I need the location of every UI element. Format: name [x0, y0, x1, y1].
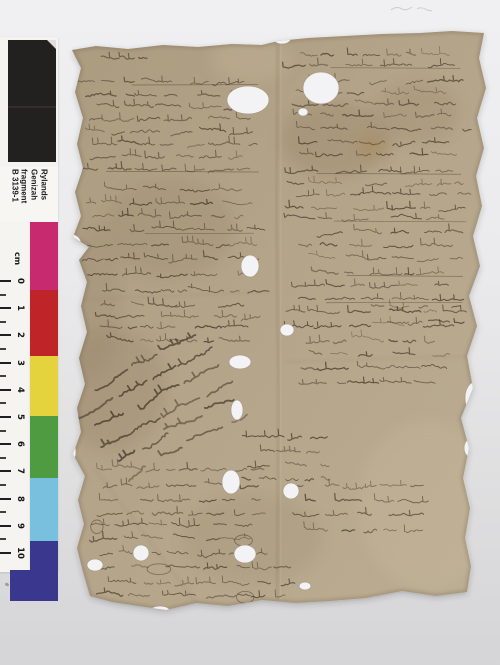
- color-patch-red: [30, 290, 58, 356]
- shelfmark-label: Rylands Genizah fragment B 3139-1: [0, 166, 58, 222]
- hole: [472, 291, 490, 319]
- stain: [358, 136, 386, 156]
- color-patch-magenta: [30, 222, 58, 290]
- ruler-number: 6: [13, 437, 25, 451]
- ruler-tick: [0, 334, 11, 336]
- ruler-half-tick: [0, 348, 6, 350]
- hole: [229, 355, 251, 369]
- fold-highlight: [280, 42, 281, 600]
- color-patches: [30, 222, 58, 570]
- hole: [150, 606, 170, 616]
- hole: [303, 72, 339, 104]
- ruler-half-tick: [0, 457, 6, 459]
- ruler-half-tick: [0, 402, 6, 404]
- ruler-number: 8: [13, 492, 25, 506]
- hole: [234, 545, 256, 563]
- ink-stroke: [351, 194, 359, 195]
- ruler-half-tick: [0, 511, 6, 513]
- patch-seam: [8, 106, 56, 108]
- ruler-half-tick: [0, 484, 6, 486]
- black-patch: [8, 40, 56, 162]
- ruler-tick: [0, 280, 11, 282]
- ruler-half-tick: [0, 294, 6, 296]
- shelfmark-line-2: Genizah: [29, 169, 39, 219]
- ruler-half-tick: [0, 321, 6, 323]
- stain: [376, 82, 460, 142]
- ruler-half-tick: [0, 375, 6, 377]
- hole: [59, 234, 81, 252]
- ruler-number: 4: [13, 383, 25, 397]
- ruler-number: 9: [13, 519, 25, 533]
- cm-ruler: cm 012345678910: [0, 222, 30, 572]
- hole: [472, 549, 486, 571]
- ruler-unit: cm: [13, 252, 22, 265]
- hole: [280, 324, 294, 336]
- hole: [231, 400, 243, 420]
- hole: [222, 470, 240, 494]
- hole: [133, 545, 149, 561]
- color-patch-blue-foot: [10, 570, 58, 601]
- pencil-annotation: [391, 7, 432, 11]
- hole: [299, 582, 311, 590]
- stain: [64, 227, 120, 377]
- ruler-tick: [0, 389, 11, 391]
- ruler-tick: [0, 525, 11, 527]
- stain: [358, 420, 498, 590]
- color-patch-yellow: [30, 356, 58, 416]
- color-patch-blue: [30, 541, 58, 570]
- color-patch-green: [30, 416, 58, 478]
- ruler-tick: [0, 416, 11, 418]
- ruler-number: 2: [13, 328, 25, 342]
- hole: [60, 440, 76, 464]
- ruler-half-tick: [0, 430, 6, 432]
- photo: Rylands Genizah fragment B 3139-1 cm 012…: [0, 0, 500, 665]
- ruler-number: 1: [13, 301, 25, 315]
- hole: [241, 255, 259, 277]
- shelfmark-line-1: Rylands: [39, 169, 49, 219]
- hole: [465, 382, 485, 414]
- ruler-tick: [0, 307, 11, 309]
- ruler-tick: [0, 498, 11, 500]
- grayscale-card: [0, 37, 58, 166]
- hole: [283, 483, 299, 499]
- color-patch-cyan: [30, 478, 58, 541]
- hole: [227, 86, 269, 114]
- ruler-number: 5: [13, 410, 25, 424]
- ruler-tick: [0, 443, 11, 445]
- ruler-half-tick: [0, 538, 6, 540]
- hole: [298, 108, 308, 116]
- shelfmark-line-3: fragment: [19, 169, 29, 219]
- shelfmark-line-4: B 3139-1: [10, 169, 20, 219]
- ruler-number: 3: [13, 356, 25, 370]
- ruler-tick: [0, 552, 11, 554]
- ruler-tick: [0, 470, 11, 472]
- shelfmark-text: Rylands Genizah fragment B 3139-1: [10, 169, 49, 219]
- ruler-number: 10: [13, 546, 25, 560]
- ruler-tick: [0, 362, 11, 364]
- ruler-number: 7: [13, 464, 25, 478]
- manuscript-fragment: [0, 0, 500, 665]
- glint-reflection: [47, 40, 56, 49]
- ruler-number: 0: [13, 274, 25, 288]
- hole: [464, 438, 480, 458]
- hole: [273, 32, 291, 44]
- hole: [87, 559, 103, 571]
